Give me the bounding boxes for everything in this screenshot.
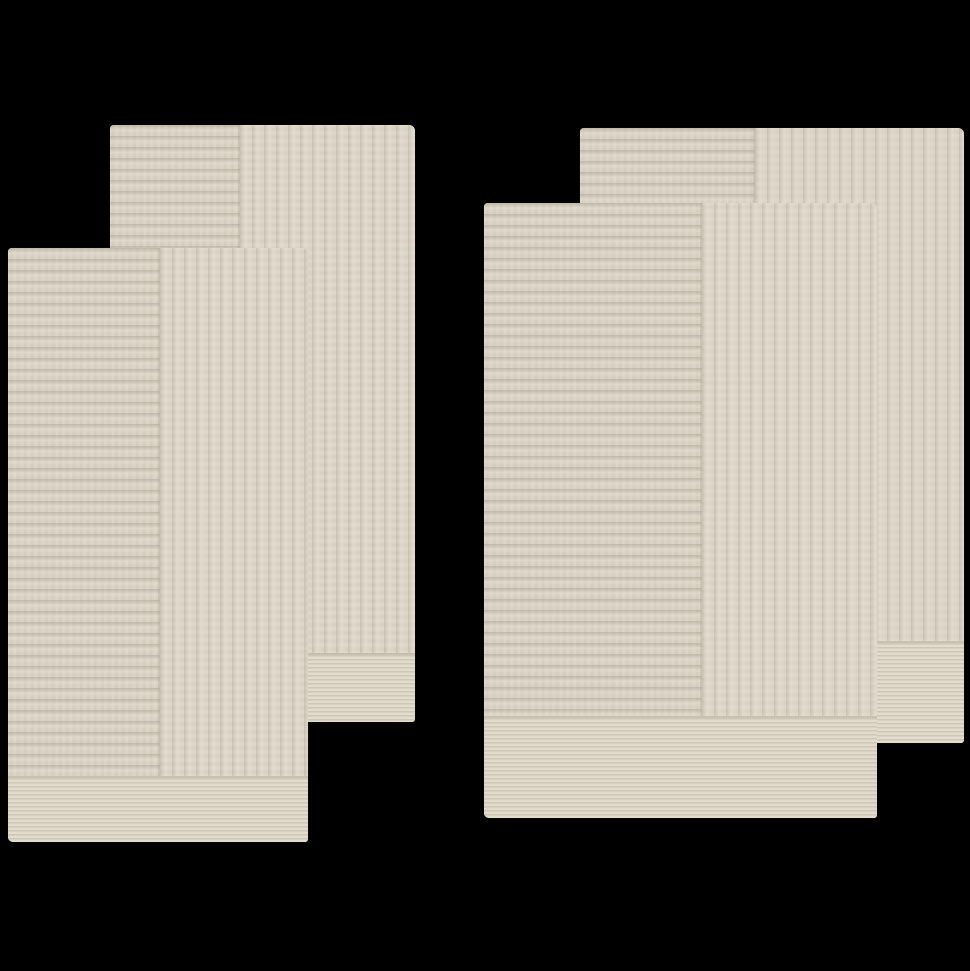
front-left-towel: [8, 248, 308, 842]
horizontal-rib-zone: [484, 203, 702, 718]
terry-pile: [484, 203, 877, 718]
product-photo: [0, 0, 970, 971]
horizontal-rib-zone: [8, 248, 160, 778]
front-right-towel: [484, 203, 877, 818]
terry-pile: [8, 248, 308, 778]
woven-hem-band: [8, 776, 308, 842]
vertical-rib-zone: [702, 203, 877, 718]
vertical-rib-zone: [160, 248, 308, 778]
woven-hem-band: [484, 716, 877, 818]
